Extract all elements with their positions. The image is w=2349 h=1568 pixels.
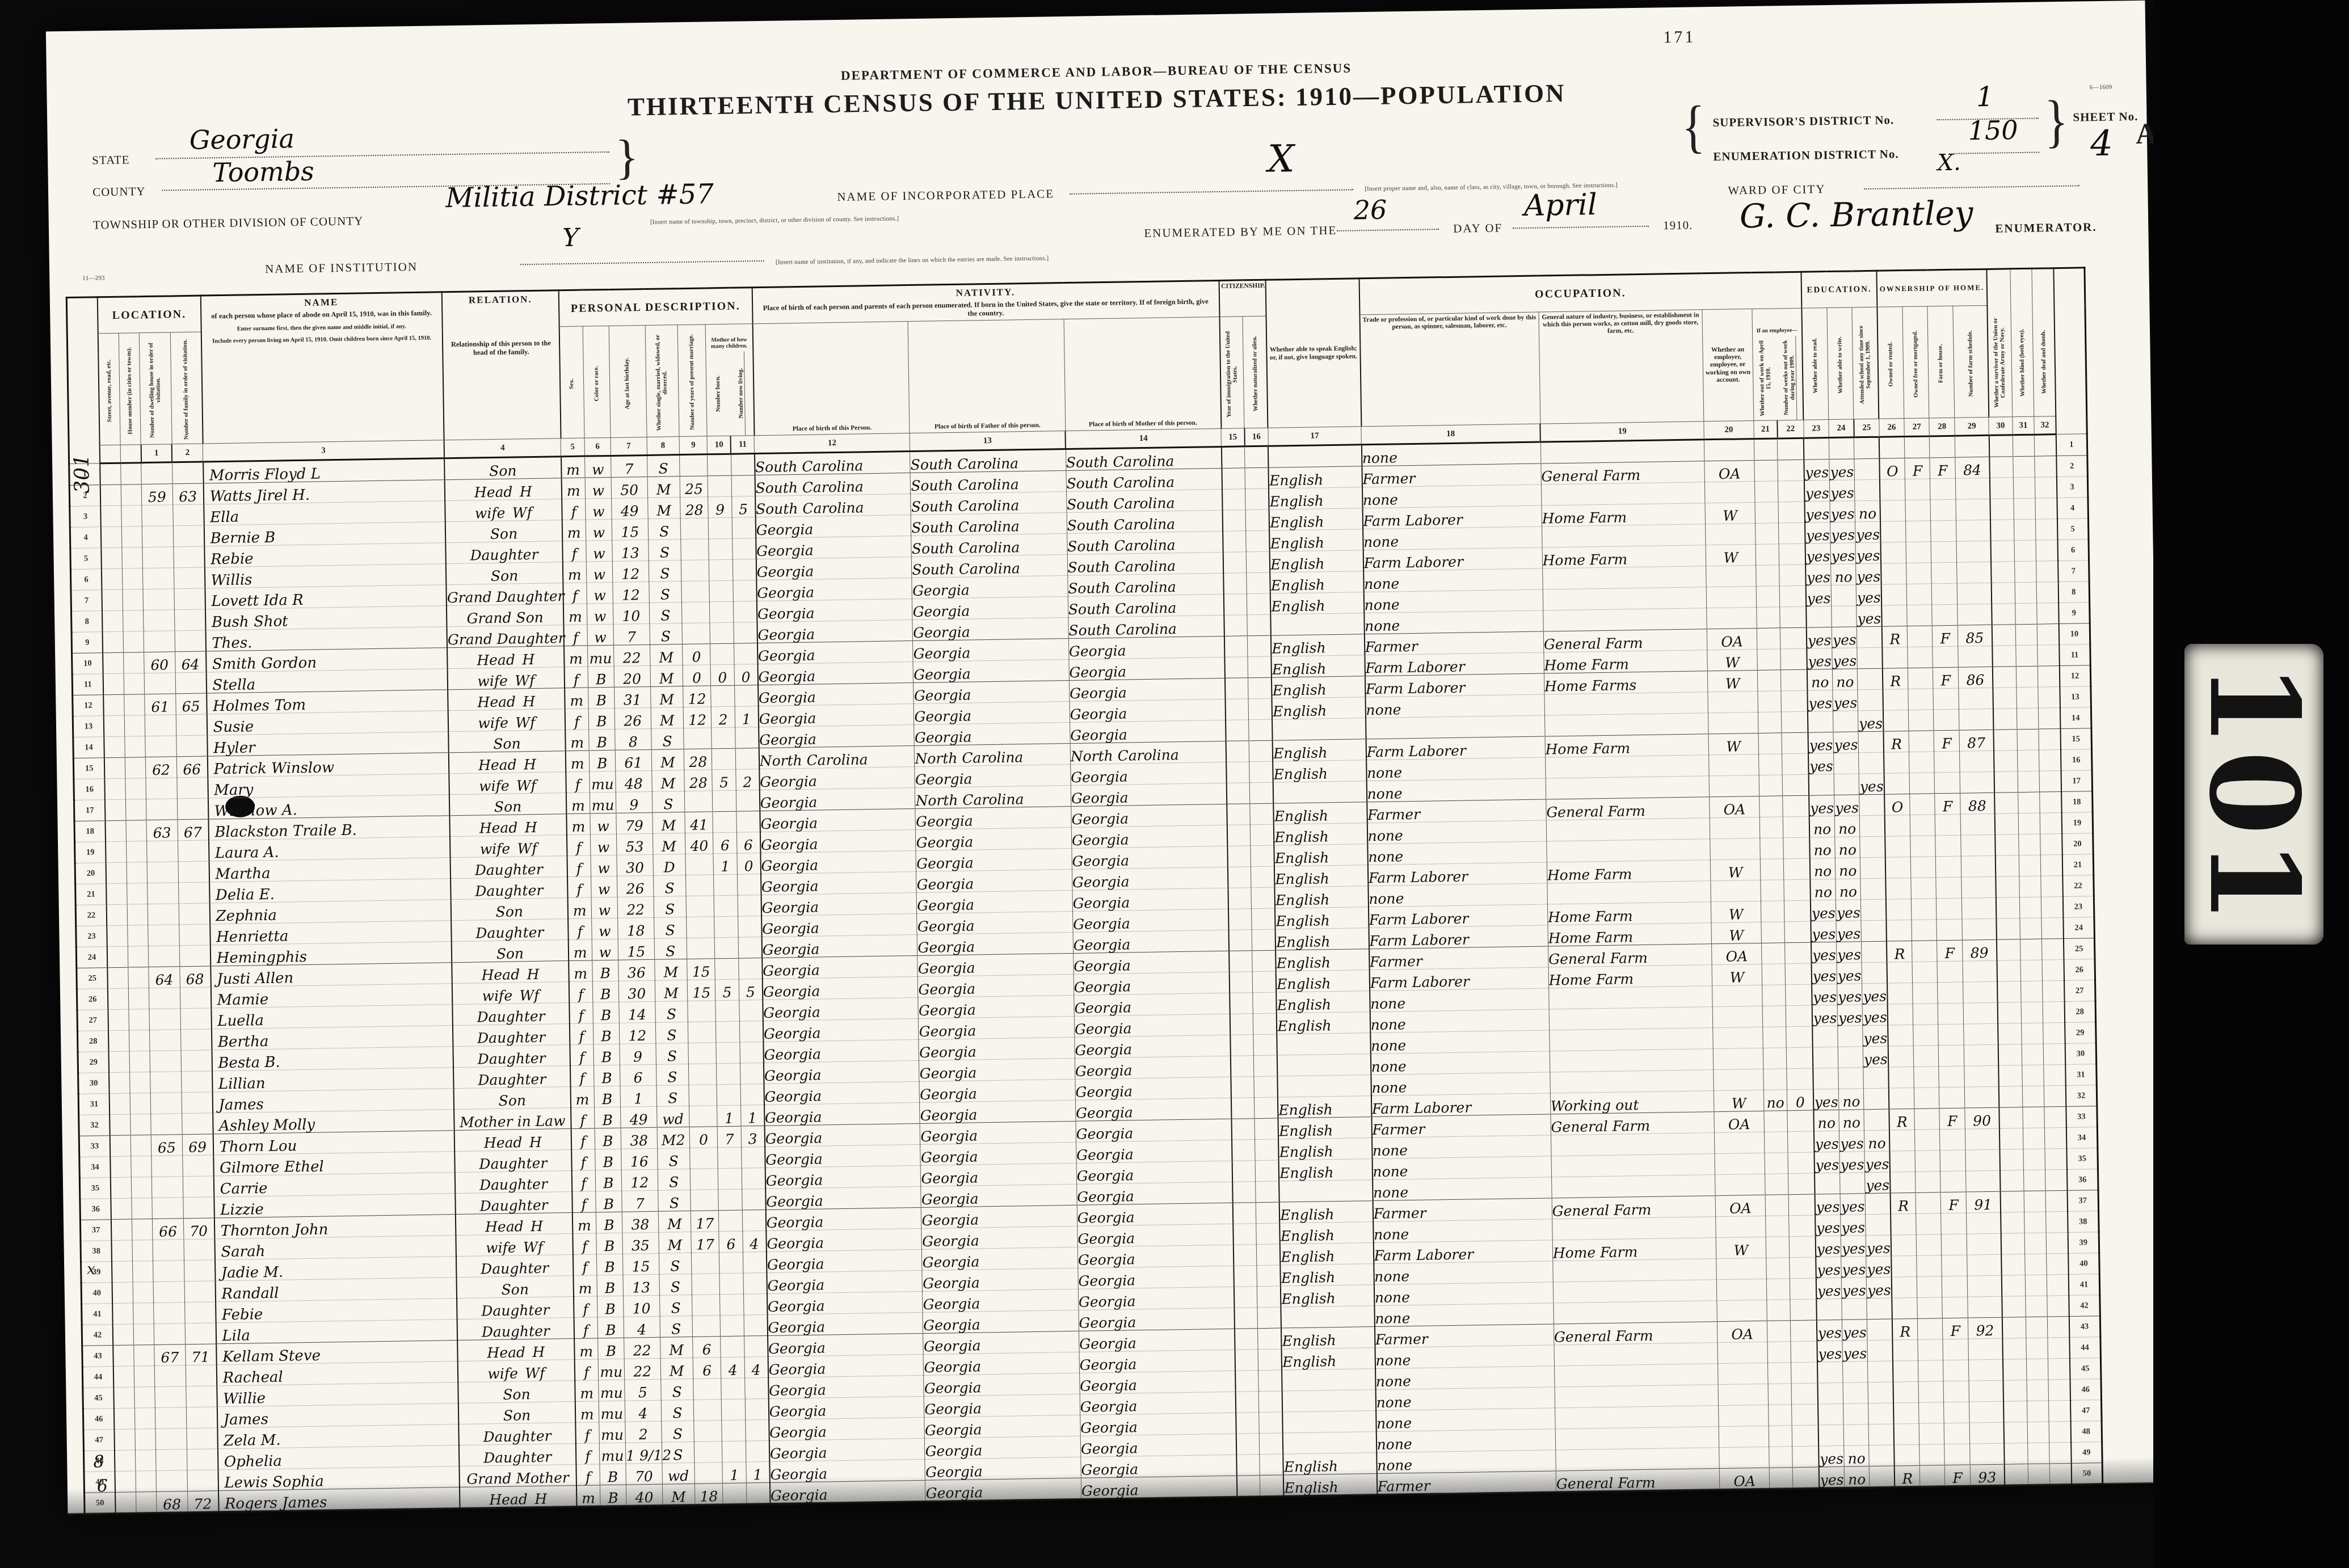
census-cell: General Farm: [1543, 629, 1707, 652]
census-cell: 68: [157, 1491, 188, 1514]
census-cell: South Carolina: [1067, 531, 1223, 554]
census-cell: Son: [446, 562, 563, 585]
census-cell: [1999, 1107, 2023, 1129]
census-cell: [1943, 1339, 1968, 1360]
column-number: 7: [611, 437, 647, 456]
census-cell: [2041, 939, 2064, 960]
census-cell: [1272, 718, 1366, 740]
census-cell: Georgia: [760, 809, 916, 832]
census-cell: [105, 820, 126, 842]
census-cell: [1789, 1236, 1816, 1258]
census-cell: [181, 1071, 212, 1093]
census-cell: [155, 1449, 187, 1471]
census-cell: [742, 1209, 766, 1231]
census-cell: [154, 1303, 185, 1324]
census-cell: [718, 1189, 742, 1211]
census-cell: [744, 1314, 768, 1336]
column-number: 4: [444, 439, 561, 458]
census-cell: 30: [617, 854, 653, 876]
census-cell: [1880, 521, 1906, 543]
census-cell: [2018, 813, 2040, 834]
census-cell: 66: [152, 1219, 183, 1240]
census-cell: [687, 917, 715, 938]
census-cell: Georgia: [1072, 888, 1228, 911]
census-cell: [681, 581, 710, 602]
census-cell: 28: [680, 497, 709, 519]
census-cell: [1912, 941, 1938, 962]
institution-mark: Y: [562, 224, 579, 252]
census-cell: 7: [622, 1190, 658, 1212]
census-cell: [186, 1365, 217, 1386]
census-cell: [736, 790, 760, 812]
census-cell: [131, 1177, 152, 1199]
census-cell: Georgia: [918, 974, 1074, 997]
column-house-number: House number (in cities or towns).: [119, 333, 141, 445]
census-cell: w: [591, 897, 618, 918]
census-cell: [1885, 815, 1910, 837]
census-cell: [1995, 813, 2019, 835]
census-cell: Home Farms: [1544, 671, 1708, 694]
census-cell: Georgia: [916, 848, 1072, 871]
census-cell: [1227, 804, 1251, 825]
census-cell: [1956, 562, 1991, 583]
census-cell: [1993, 709, 2017, 730]
census-cell: 9: [620, 1043, 656, 1065]
census-cell: [150, 1051, 181, 1072]
column-farm-house: Farm or house.: [1927, 306, 1954, 418]
census-cell: [1226, 720, 1249, 741]
census-cell: [2048, 1337, 2070, 1359]
census-cell: [1248, 656, 1272, 678]
census-cell: [1938, 982, 1963, 1004]
census-cell: [737, 874, 761, 896]
census-cell: B: [589, 750, 616, 772]
census-cell: Son: [458, 1402, 575, 1424]
census-cell: [1785, 942, 1812, 964]
census-cell: none: [1371, 1072, 1550, 1096]
census-cell: B: [597, 1317, 624, 1338]
census-cell: Georgia: [759, 788, 915, 811]
census-cell: English: [1275, 949, 1369, 971]
census-cell: [1250, 782, 1274, 804]
census-cell: [1229, 951, 1253, 972]
census-cell: South Carolina: [755, 494, 911, 517]
census-cell: [2018, 771, 2040, 793]
census-cell: Head H: [456, 1213, 572, 1236]
census-cell: [1906, 563, 1932, 584]
census-cell: [1906, 584, 1932, 605]
census-cell: [681, 602, 710, 623]
census-cell: [1236, 1434, 1260, 1455]
census-cell: Georgia: [1075, 1077, 1231, 1100]
census-cell: Daughter: [451, 919, 568, 942]
census-cell: [133, 1303, 154, 1325]
census-cell: 89: [1962, 939, 1997, 961]
census-cell: [1906, 521, 1931, 542]
row-number: 26: [77, 989, 108, 1010]
census-cell: [1788, 1152, 1815, 1174]
enumerated-year: 1910.: [1663, 218, 1693, 233]
census-cell: [102, 610, 123, 632]
census-cell: Georgia: [916, 827, 1072, 850]
census-cell: [1224, 636, 1248, 657]
census-cell: Farmer: [1369, 946, 1548, 970]
census-cell: yes: [1842, 1320, 1867, 1341]
census-cell: yes: [1832, 627, 1857, 648]
census-cell: [2023, 1170, 2045, 1191]
census-cell: [2015, 645, 2038, 667]
column-number: 30: [1989, 417, 2013, 436]
census-cell: [685, 854, 714, 875]
census-cell: W: [1707, 670, 1757, 692]
census-cell: Georgia: [764, 1060, 920, 1084]
census-cell: [1282, 1390, 1376, 1412]
film-strip-right: 101: [2153, 0, 2349, 1568]
census-cell: [123, 610, 144, 632]
row-number: 2: [2056, 456, 2087, 477]
census-cell: [1756, 544, 1779, 566]
census-cell: f: [563, 625, 587, 646]
census-cell: [187, 1449, 218, 1470]
census-cell: [688, 1064, 717, 1085]
census-cell: English: [1278, 1096, 1371, 1118]
census-cell: Georgia: [1080, 1434, 1236, 1457]
census-cell: [708, 475, 731, 497]
column-industry: General nature of industry, business, or…: [1539, 310, 1704, 424]
census-cell: mu: [599, 1422, 625, 1443]
census-cell: [2047, 1253, 2069, 1275]
census-cell: South Carolina: [1067, 510, 1223, 533]
row-number: 4: [70, 527, 101, 549]
census-cell: [1990, 541, 2014, 562]
census-cell: [1758, 691, 1782, 713]
census-cell: [1997, 939, 2020, 961]
census-cell: [2018, 792, 2040, 813]
census-cell: mu: [599, 1401, 625, 1422]
census-cell: 25: [680, 476, 708, 498]
census-cell: [1867, 1340, 1893, 1362]
census-cell: [144, 610, 175, 631]
census-cell: Farm Laborer: [1365, 673, 1544, 697]
census-cell: [2049, 1421, 2071, 1443]
census-cell: Grand Daughter: [446, 583, 563, 606]
census-cell: [734, 685, 758, 707]
census-cell: [1540, 440, 1704, 463]
census-cell: [1870, 1466, 1895, 1488]
row-number: 16: [2061, 749, 2092, 771]
census-cell: 59: [141, 484, 172, 505]
census-cell: South Carolina: [911, 533, 1067, 557]
census-cell: 1: [717, 1105, 741, 1127]
census-cell: [1817, 1362, 1843, 1383]
census-cell: [1719, 1426, 1769, 1447]
sheet-value: 4: [2090, 123, 2114, 165]
census-cell: [1939, 1045, 1964, 1067]
census-cell: S: [649, 581, 681, 603]
row-number: 48: [2070, 1421, 2102, 1443]
census-cell: [1554, 1301, 1717, 1324]
column-worker-class: Whether an employer, employee, or workin…: [1702, 309, 1754, 421]
row-number: 12: [2060, 665, 2091, 687]
row-number: 27: [2064, 980, 2095, 1002]
census-cell: B: [592, 960, 618, 981]
census-cell: [1935, 772, 1960, 794]
census-cell: [709, 517, 733, 539]
census-cell: [1868, 1424, 1894, 1445]
census-cell: [1366, 715, 1545, 739]
census-cell: [2047, 1316, 2069, 1338]
census-cell: m: [562, 520, 586, 541]
census-cell: [1718, 1384, 1768, 1405]
page-number: 171: [1663, 27, 1695, 47]
row-number: 19: [2061, 812, 2093, 834]
census-cell: Georgia: [924, 1373, 1080, 1396]
census-cell: none: [1376, 1429, 1555, 1453]
census-cell: [1757, 670, 1781, 692]
census-cell: [121, 526, 142, 548]
census-cell: [1932, 583, 1958, 605]
census-cell: [1889, 1088, 1914, 1109]
census-cell: 26: [617, 875, 654, 897]
census-cell: f: [568, 918, 592, 940]
census-cell: Georgia: [767, 1270, 923, 1293]
census-cell: [1838, 1047, 1863, 1068]
census-cell: 22: [613, 644, 650, 666]
census-cell: [2040, 855, 2062, 876]
census-cell: Georgia: [917, 911, 1073, 934]
census-cell: [1992, 625, 2016, 646]
census-cell: [1235, 1350, 1258, 1371]
census-cell: yes: [1804, 480, 1830, 502]
census-cell: Georgia: [1071, 825, 1227, 848]
census-cell: [1282, 1369, 1375, 1391]
census-cell: [2039, 750, 2061, 772]
census-cell: Home Farm: [1552, 1238, 1716, 1261]
census-cell: 4: [721, 1357, 745, 1379]
census-cell: 2: [736, 769, 760, 791]
census-cell: [1541, 482, 1705, 505]
census-cell: 50: [611, 477, 647, 498]
census-cell: Morris Floyd L: [203, 458, 445, 483]
census-cell: [125, 778, 146, 800]
census-cell: [1762, 985, 1786, 1006]
census-cell: Georgia: [766, 1249, 922, 1272]
census-cell: 12: [612, 560, 649, 582]
census-cell: [744, 1377, 768, 1399]
column-dwelling-number: Number of dwelling house in order of vis…: [139, 332, 171, 445]
census-cell: B: [596, 1212, 622, 1233]
row-number: 18: [74, 821, 106, 842]
enumeration-value: 150: [1968, 115, 2018, 146]
census-cell: Son: [448, 730, 565, 753]
column-years-married: Number of years of present marriage.: [677, 324, 707, 437]
census-cell: South Carolina: [755, 452, 911, 475]
census-cell: 1: [722, 1462, 746, 1483]
row-number: 35: [2066, 1148, 2098, 1170]
census-cell: [2027, 1422, 2049, 1443]
census-cell: [1236, 1455, 1260, 1476]
census-cell: [1915, 1150, 1940, 1172]
column-naturalized: Whether naturalized or alien.: [1243, 316, 1268, 428]
census-cell: [1779, 585, 1806, 607]
census-cell: [2017, 729, 2039, 751]
census-cell: [740, 1084, 764, 1106]
census-cell: Georgia: [1079, 1371, 1235, 1394]
census-cell: yes: [1815, 1194, 1841, 1215]
census-cell: English: [1278, 1138, 1372, 1160]
row-number: 41: [2069, 1274, 2100, 1296]
row-number: 23: [76, 926, 107, 947]
census-cell: [735, 727, 759, 749]
census-cell: Georgia: [1072, 909, 1228, 932]
census-cell: English: [1273, 739, 1366, 761]
census-cell: [1710, 838, 1760, 859]
census-cell: 40: [685, 833, 713, 854]
census-cell: [123, 589, 144, 611]
census-cell: [1934, 709, 1959, 731]
census-cell: [122, 547, 143, 569]
census-cell: 17: [691, 1211, 719, 1232]
census-cell: South Carolina: [1066, 468, 1222, 491]
census-cell: [1809, 774, 1834, 795]
census-cell: none: [1367, 820, 1546, 844]
census-cell: [1919, 1444, 1945, 1466]
census-cell: [150, 1093, 182, 1114]
census-cell: [1912, 962, 1938, 983]
census-cell: [1997, 1002, 2021, 1024]
census-cell: [186, 1386, 217, 1407]
census-cell: [1248, 698, 1272, 720]
census-cell: OA: [1710, 796, 1759, 817]
census-cell: 17: [691, 1232, 719, 1253]
census-cell: 1: [620, 1085, 656, 1107]
census-cell: [1231, 1119, 1255, 1140]
census-cell: Grand Mother: [459, 1465, 576, 1487]
census-cell: yes: [1841, 1215, 1866, 1236]
census-cell: [1707, 607, 1757, 629]
census-cell: South Carolina: [1067, 573, 1223, 596]
census-cell: [183, 1197, 214, 1219]
census-cell: [734, 622, 757, 644]
census-cell: [1766, 1258, 1790, 1279]
census-cell: Georgia: [921, 1226, 1077, 1249]
census-cell: South Carolina: [1066, 489, 1222, 512]
census-cell: [1760, 859, 1784, 880]
census-cell: [1550, 1070, 1714, 1093]
census-cell: yes: [1839, 1131, 1864, 1152]
census-cell: yes: [1811, 921, 1837, 942]
census-cell: [1232, 1203, 1256, 1224]
census-cell: [2019, 855, 2041, 876]
census-cell: Farm Laborer: [1369, 967, 1548, 991]
column-number: 10: [707, 436, 731, 454]
row-number: 43: [82, 1346, 113, 1367]
census-cell: [1548, 986, 1712, 1009]
census-cell: [1713, 1027, 1763, 1048]
census-cell: [1911, 899, 1937, 920]
census-cell: [2021, 1002, 2043, 1023]
census-cell: Georgia: [769, 1459, 925, 1482]
census-cell: [1784, 900, 1811, 922]
census-cell: [112, 1261, 133, 1283]
census-cell: [689, 1106, 718, 1127]
census-cell: [2025, 1275, 2047, 1296]
census-cell: [136, 1470, 157, 1492]
census-cell: [107, 967, 128, 989]
census-cell: [1894, 1423, 1919, 1445]
census-cell: 92: [1968, 1317, 2002, 1339]
census-cell: [718, 1168, 742, 1190]
form-code-left: 11—293: [82, 275, 104, 282]
row-number: 4: [2057, 498, 2088, 519]
census-cell: B: [596, 1254, 623, 1275]
census-cell: [2046, 1211, 2068, 1233]
census-cell: 4: [625, 1400, 661, 1422]
census-cell: [1919, 1423, 1944, 1445]
census-cell: m: [563, 562, 587, 583]
census-cell: Georgia: [765, 1186, 921, 1209]
census-cell: yes: [1807, 648, 1832, 670]
census-cell: [2027, 1380, 2049, 1401]
census-cell: [2002, 1296, 2026, 1318]
census-cell: Farm Laborer: [1365, 652, 1544, 676]
census-cell: 5: [731, 496, 755, 518]
census-cell: Georgia: [923, 1331, 1079, 1354]
census-cell: Georgia: [769, 1438, 925, 1461]
census-cell: [680, 518, 709, 539]
census-cell: 63: [146, 820, 178, 841]
census-cell: Son: [445, 520, 562, 543]
census-cell: [733, 559, 756, 581]
census-cell: [681, 539, 709, 560]
census-cell: Georgia: [915, 764, 1071, 787]
census-cell: [2040, 813, 2062, 834]
census-cell: [131, 1156, 152, 1178]
census-cell: Georgia: [920, 1142, 1076, 1165]
ward-mark: X.: [1937, 150, 1961, 176]
census-cell: [738, 895, 761, 917]
census-cell: [1931, 562, 1957, 584]
census-cell: [1235, 1392, 1259, 1413]
census-cell: [1247, 572, 1270, 594]
census-cell: [101, 547, 122, 569]
census-cell: m: [565, 730, 589, 751]
census-cell: [186, 1428, 217, 1449]
census-cell: [2013, 456, 2035, 478]
census-cell: none: [1366, 757, 1546, 781]
census-cell: [128, 946, 149, 968]
census-cell: 69: [182, 1134, 213, 1156]
census-cell: [134, 1407, 155, 1429]
census-cell: no: [1855, 500, 1880, 522]
census-cell: [173, 525, 204, 547]
row-number: 44: [82, 1367, 113, 1388]
census-cell: [1766, 1279, 1790, 1300]
census-cell: [1943, 1360, 1969, 1381]
census-cell: Farm Laborer: [1369, 904, 1548, 928]
census-cell: [142, 547, 174, 568]
census-cell: [739, 1021, 763, 1043]
census-cell: Georgia: [1074, 1014, 1230, 1037]
census-cell: [1543, 608, 1707, 631]
census-cell: [1993, 667, 2017, 688]
census-cell: [1967, 1233, 2001, 1255]
group-location: LOCATION.: [98, 296, 201, 334]
census-cell: no: [1839, 1110, 1864, 1131]
census-cell: [182, 1155, 213, 1177]
census-cell: [1961, 834, 1996, 856]
census-cell: B: [597, 1338, 624, 1359]
